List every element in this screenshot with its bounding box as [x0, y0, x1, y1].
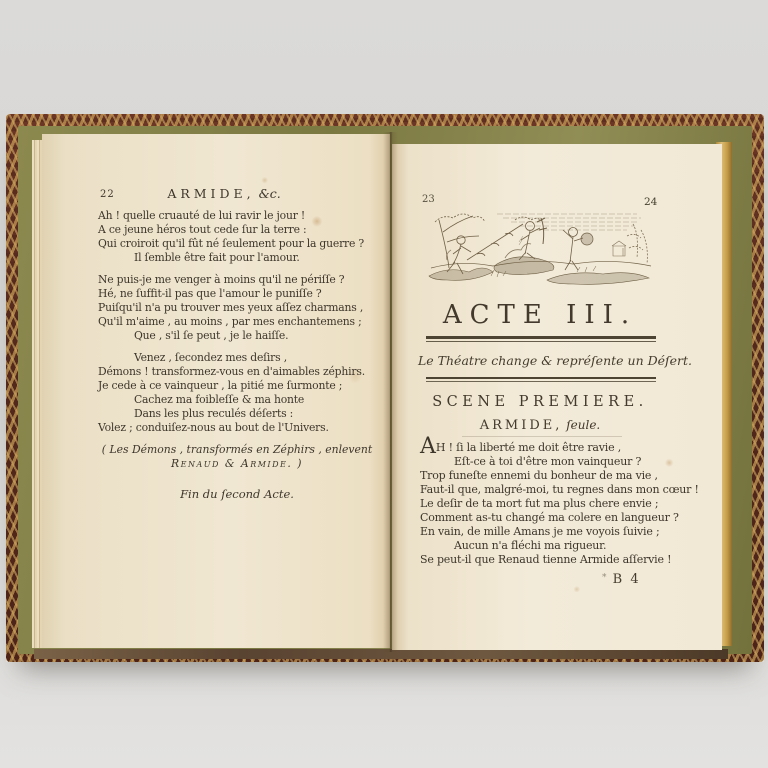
verse-line: Se peut-il que Renaud tienne Armide aſſe… [420, 553, 712, 567]
running-title: ARMIDE, &c. [98, 186, 350, 201]
press-figure: * [602, 573, 607, 583]
verse-line: Venez , ſecondez mes deſirs , [98, 351, 376, 365]
running-title-etc: &c. [255, 186, 281, 201]
verse-line: Ne puis-je me venger à moins qu'il ne pé… [98, 273, 376, 287]
left-page-header: 22 ARMIDE, &c. [98, 186, 376, 204]
photo-background: 22 ARMIDE, &c. Ah ! quelle cruauté de lu… [0, 0, 768, 768]
verse-line: Trop funeſte ennemi du bonheur de ma vie… [420, 469, 712, 483]
poem-block: AH ! ſi la liberté me doit être ravie , … [420, 440, 712, 567]
verse-line: Aucun n'a fléchi ma rigueur. [420, 539, 712, 553]
verse-line: Le deſir de ta mort fut ma plus chere en… [420, 497, 712, 511]
act-finale-note: Fin du ſecond Acte. [98, 487, 376, 501]
ornamental-rule-top [426, 336, 656, 344]
stage-direction-line: ( Les Démons , transformés en Zéphirs , … [98, 443, 376, 457]
speaker-name: ARMIDE, ſeule. [412, 418, 668, 433]
headpiece-vignette-engraving [427, 206, 655, 288]
verse-stanza-1: Ah ! quelle cruauté de lui ravir le jour… [98, 209, 376, 265]
verse-line-with-dropcap: AH ! ſi la liberté me doit être ravie , [420, 440, 712, 455]
verse-line: Volez ; conduiſez-nous au bout de l'Univ… [98, 421, 376, 435]
verse-line: Cachez ma foibleſſe & ma honte [98, 393, 376, 407]
act-heading: ACTE III. [426, 300, 654, 330]
signature-text: B 4 [613, 572, 641, 587]
book: 22 ARMIDE, &c. Ah ! quelle cruauté de lu… [6, 114, 764, 662]
verse-stanza-2: Ne puis-je me venger à moins qu'il ne pé… [98, 273, 376, 343]
hairline-rule [462, 436, 622, 437]
verse-line: Faut-il que, malgré-moi, tu regnes dans … [420, 483, 712, 497]
verse-line: Eſt-ce à toi d'être mon vainqueur ? [420, 455, 712, 469]
drop-cap-initial: A [420, 434, 436, 459]
poem-lines: Eſt-ce à toi d'être mon vainqueur ?Trop … [420, 455, 712, 567]
verse-line: Il ſemble être fait pour l'amour. [98, 251, 376, 265]
verse-line: Puiſqu'il n'a pu trouver mes yeux aſſez … [98, 301, 376, 315]
stage-direction: ( Les Démons , transformés en Zéphirs , … [98, 443, 376, 471]
scene-stage-direction: Le Théatre change & repréſente un Déſert… [418, 353, 662, 368]
verse-line: Hé, ne ſuffit-il pas que l'amour le puni… [98, 287, 376, 301]
verse-stanza-3: Venez , ſecondez mes deſirs ,Démons ! tr… [98, 351, 376, 435]
running-title-caps: ARMIDE, [167, 186, 254, 201]
ornamental-rule-bottom [426, 377, 656, 384]
center-mound [494, 244, 554, 275]
verse-line: Je cede à ce vainqueur , la pitié me ſur… [98, 379, 376, 393]
verse-line: Ah ! quelle cruauté de lui ravir le jour… [98, 209, 376, 223]
verse-line-rest: H ! ſi la liberté me doit être ravie , [436, 441, 621, 454]
speaker-caps: ARMIDE, [480, 418, 563, 433]
verse-line: Qu'il m'aime , au moins , par mes enchan… [98, 315, 376, 329]
sky-hatching [497, 214, 641, 230]
left-page-text-block: 22 ARMIDE, &c. Ah ! quelle cruauté de lu… [98, 186, 376, 501]
left-page: 22 ARMIDE, &c. Ah ! quelle cruauté de lu… [42, 134, 390, 648]
putto-center [519, 218, 547, 260]
verse-line: Que , s'il ſe peut , je le haiſſe. [98, 329, 376, 343]
verse-line: En vain, de mille Amans je me voyois ſui… [420, 525, 712, 539]
verse-line: Dans les plus reculés déſerts : [98, 407, 376, 421]
scene-heading: SCENE PREMIERE. [412, 394, 668, 410]
putto-left [447, 236, 472, 274]
board-bottom-edge [34, 649, 728, 659]
verse-line: Qui croiroit qu'il fût né ſeulement pour… [98, 237, 376, 251]
verse-line: Comment as-tu changé ma colere en langue… [420, 511, 712, 525]
right-page: 23 24 [392, 144, 722, 650]
speaker-note: ſeule. [562, 418, 600, 432]
verse-line: Démons ! transformez-vous en d'aimables … [98, 365, 376, 379]
signature-mark: * B 4 [602, 572, 641, 587]
verse-line: A ce jeune héros tout cede ſur la terre … [98, 223, 376, 237]
folio-number-23: 23 [422, 194, 435, 205]
stage-direction-line: Renaud & Armide. ) [98, 457, 376, 471]
gutter-shadow [383, 132, 398, 652]
